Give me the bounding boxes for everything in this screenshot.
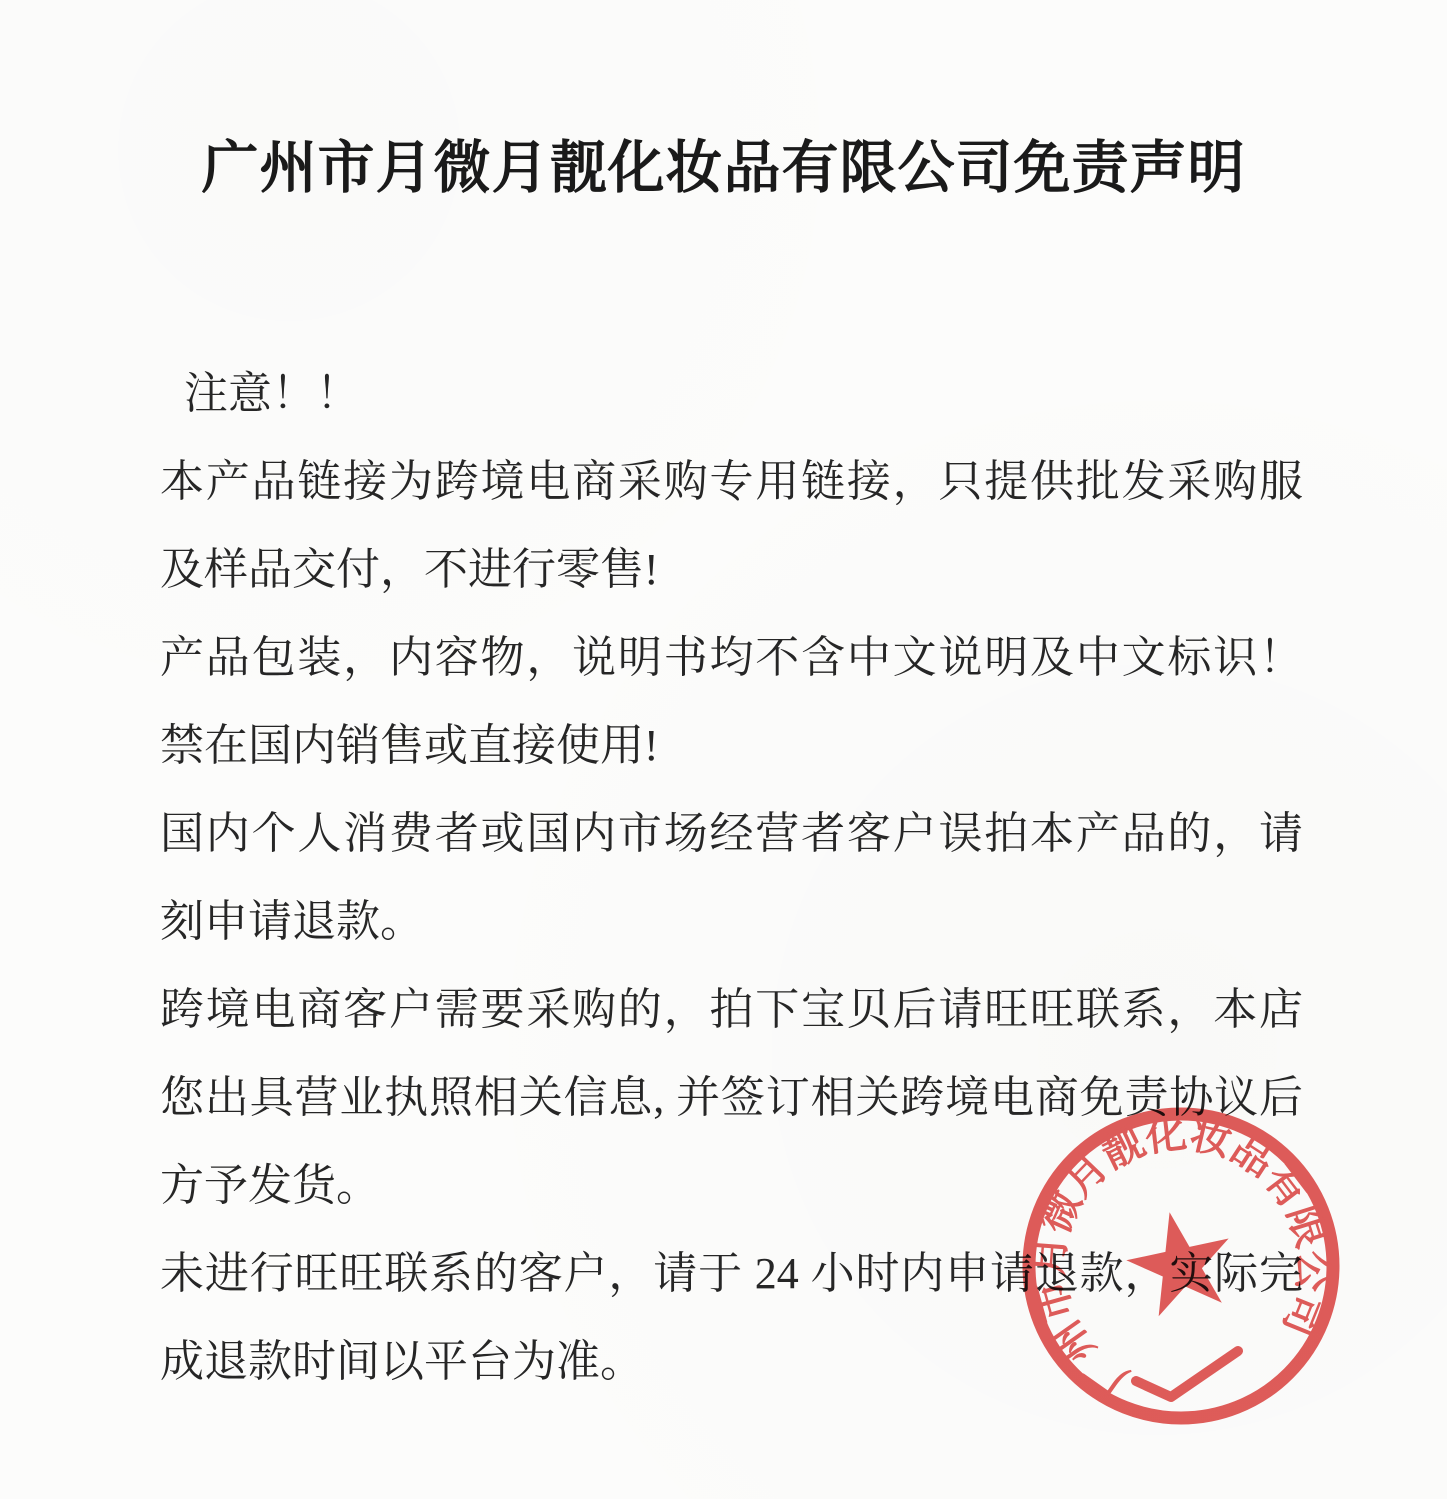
company-seal: 广州市月微月靓化妆品有限公司 xyxy=(1001,1086,1361,1446)
scanned-document-page: 广州市月微月靓化妆品有限公司免责声明 注意！！ 本产品链接为跨境电商采购专用链接… xyxy=(0,0,1447,1499)
body-line-notice: 注意！！ xyxy=(160,350,1303,438)
document-title: 广州市月微月靓化妆品有限公司免责声明 xyxy=(0,122,1447,204)
star-icon xyxy=(1118,1201,1241,1320)
check-mark-icon xyxy=(1136,1351,1238,1397)
body-line: 及样品交付，不进行零售! xyxy=(160,526,1303,614)
body-line: 国内个人消费者或国内市场经营者客户误拍本产品的，请即 xyxy=(160,790,1303,878)
body-line: 刻申请退款。 xyxy=(160,878,1303,966)
body-line: 本产品链接为跨境电商采购专用链接，只提供批发采购服务 xyxy=(160,438,1303,526)
body-line: 禁在国内销售或直接使用! xyxy=(160,702,1303,790)
body-line: 跨境电商客户需要采购的，拍下宝贝后请旺旺联系，本店需 xyxy=(160,966,1303,1054)
body-line: 产品包装，内容物，说明书均不含中文说明及中文标识！严 xyxy=(160,614,1303,702)
